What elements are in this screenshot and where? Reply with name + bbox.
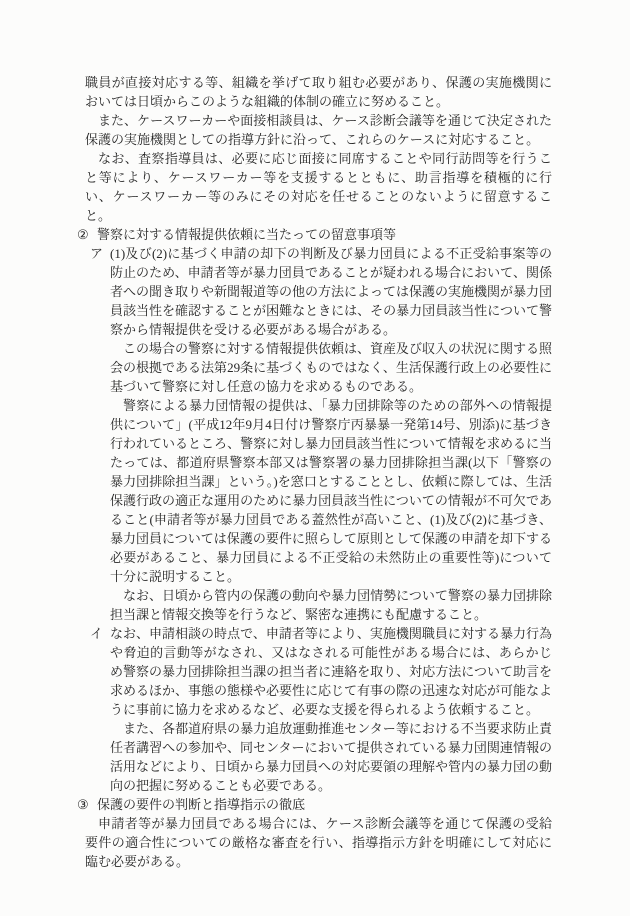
paragraph-text: なお、申請相談の時点で、申請者等により、実施機関職員に対する暴力行為や脅迫的言動… bbox=[110, 624, 552, 719]
paragraph: なお、日頃から管内の保護の動向や暴力団情勢について警察の暴力団排除担当課と情報交… bbox=[110, 586, 552, 624]
paragraph: ③保護の要件の判断と指導指示の徹底 bbox=[77, 795, 552, 814]
paragraph: なお、査察指導員は、必要に応じ面接に同席することや同行訪問等を行うこと等により、… bbox=[85, 149, 552, 225]
paragraph: ②警察に対する情報提供依頼に当たっての留意事項等 bbox=[77, 225, 552, 244]
document-body: 職員が直接対応する等、組織を挙げて取り組む必要があり、保護の実施機関においては日… bbox=[72, 73, 552, 871]
paragraph: また、ケースワーカーや面接相談員は、ケース診断会議等を通じて決定された保護の実施… bbox=[85, 111, 552, 149]
paragraph: 申請者等が暴力団員である場合には、ケース診断会議等を通じて保護の受給要件の適合性… bbox=[85, 814, 552, 871]
paragraph: イなお、申請相談の時点で、申請者等により、実施機関職員に対する暴力行為や脅迫的言… bbox=[90, 624, 552, 719]
item-marker: ③ bbox=[77, 795, 97, 814]
paragraph: ア(1)及び(2)に基づく申請の却下の判断及び暴力団員による不正受給事案等の防止… bbox=[90, 244, 552, 339]
paragraph: この場合の警察に対する情報提供依頼は、資産及び収入の状況に関する照会の根拠である… bbox=[110, 339, 552, 396]
paragraph-text: 警察に対する情報提供依頼に当たっての留意事項等 bbox=[97, 225, 552, 244]
paragraph-text: (1)及び(2)に基づく申請の却下の判断及び暴力団員による不正受給事案等の防止の… bbox=[110, 244, 552, 339]
item-marker: イ bbox=[90, 624, 110, 719]
item-marker: ア bbox=[90, 244, 110, 339]
item-marker: ② bbox=[77, 225, 97, 244]
paragraph: 職員が直接対応する等、組織を挙げて取り組む必要があり、保護の実施機関においては日… bbox=[85, 73, 552, 111]
paragraph: 警察による暴力団情報の提供は、「暴力団排除等のための部外への情報提供について」(… bbox=[110, 396, 552, 586]
paragraph: また、各都道府県の暴力追放運動推進センター等における不当要求防止責任者講習への参… bbox=[110, 719, 552, 795]
document-page: 職員が直接対応する等、組織を挙げて取り組む必要があり、保護の実施機関においては日… bbox=[0, 0, 630, 916]
paragraph-text: 保護の要件の判断と指導指示の徹底 bbox=[97, 795, 552, 814]
